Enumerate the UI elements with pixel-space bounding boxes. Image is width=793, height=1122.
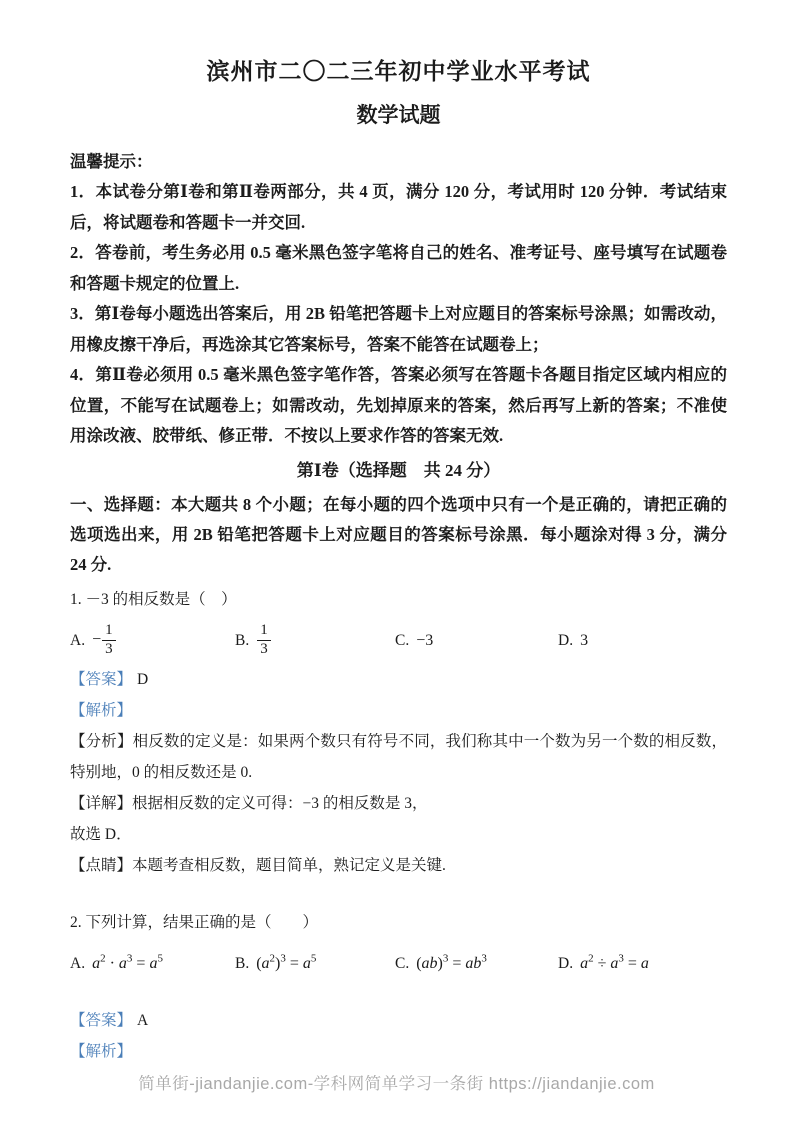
- question1-option-c: C. −3: [395, 632, 558, 650]
- option-label: D.: [558, 955, 573, 973]
- question1-answer-line: 【答案】D: [70, 664, 727, 695]
- footer-watermark: 简单街-jiandanjie.com-学科网简单学习一条街 https://ji…: [138, 1075, 655, 1093]
- question1-note: 【点睛】本题考查相反数，题目简单，熟记定义是关键.: [70, 850, 727, 881]
- notice-item-1: 1．本试卷分第Ⅰ卷和第Ⅱ卷两部分，共 4 页，满分 120 分，考试用时 120…: [70, 177, 727, 238]
- option-label: C.: [395, 955, 409, 973]
- question2-options: A. a2 · a3 = a5 B. (a2)3 = a5 C. (ab)3 =…: [70, 943, 727, 985]
- question1-conclusion: 故选 D．: [70, 819, 727, 850]
- notice-item-2: 2．答卷前，考生务必用 0.5 毫米黑色签字笔将自己的姓名、准考证号、座号填写在…: [70, 238, 727, 299]
- answer-tag: 【答案】: [70, 1012, 132, 1029]
- question1-analysis-tag-line: 【解析】: [70, 695, 727, 726]
- section-heading: 第Ⅰ卷（选择题 共 24 分）: [70, 456, 727, 486]
- option-formula: (a2)3 = a5: [256, 955, 316, 973]
- option-formula: a2 · a3 = a5: [92, 955, 163, 973]
- option-formula: (ab)3 = ab3: [416, 955, 487, 973]
- option-formula: −13: [92, 623, 117, 658]
- question1-option-d: D. 3: [558, 632, 727, 650]
- answer-value: A: [137, 1012, 148, 1029]
- question2-option-b: B. (a2)3 = a5: [235, 955, 395, 973]
- page-title: 滨州市二〇二三年初中学业水平考试: [70, 56, 727, 88]
- option-label: A.: [70, 955, 85, 973]
- question2-option-a: A. a2 · a3 = a5: [70, 955, 235, 973]
- notice-item-3: 3．第Ⅰ卷每小题选出答案后，用 2B 铅笔把答题卡上对应题目的答案标号涂黑；如需…: [70, 299, 727, 360]
- answer-tag: 【答案】: [70, 671, 132, 688]
- section-intro: 一、选择题：本大题共 8 个小题；在每小题的四个选项中只有一个是正确的，请把正确…: [70, 490, 727, 580]
- option-label: B.: [235, 632, 249, 650]
- question1-stem: 1. －3 的相反数是（ ）: [70, 588, 727, 612]
- option-formula: 3: [580, 632, 588, 650]
- question2-answer-line: 【答案】A: [70, 1005, 727, 1036]
- page-footer: 简单街-jiandanjie.com-学科网简单学习一条街 https://ji…: [0, 1070, 793, 1094]
- option-formula: a2 ÷ a3 = a: [580, 955, 649, 973]
- question1-detail: 【详解】根据相反数的定义可得：−3 的相反数是 3，: [70, 788, 727, 819]
- exam-document-page: 滨州市二〇二三年初中学业水平考试 数学试题 温馨提示： 1．本试卷分第Ⅰ卷和第Ⅱ…: [0, 0, 793, 1122]
- question1-option-b: B. 13: [235, 623, 395, 658]
- option-label: B.: [235, 955, 249, 973]
- question2-option-c: C. (ab)3 = ab3: [395, 955, 558, 973]
- option-label: C.: [395, 632, 409, 650]
- page-subtitle: 数学试题: [70, 101, 727, 130]
- analysis-tag: 【解析】: [70, 1043, 132, 1060]
- question2-option-d: D. a2 ÷ a3 = a: [558, 955, 727, 973]
- answer-value: D: [137, 671, 148, 688]
- analysis-tag: 【解析】: [70, 702, 132, 719]
- notice-item-4: 4．第Ⅱ卷必须用 0.5 毫米黑色签字笔作答，答案必须写在答题卡各题目指定区域内…: [70, 360, 727, 452]
- question1-option-a: A. −13: [70, 623, 235, 658]
- question2-stem: 2. 下列计算，结果正确的是（ ）: [70, 911, 727, 935]
- option-formula: −3: [416, 632, 433, 650]
- question2-analysis-tag-line: 【解析】: [70, 1036, 727, 1067]
- option-formula: 13: [256, 623, 272, 658]
- option-label: A.: [70, 632, 85, 650]
- question1-analysis: 【分析】相反数的定义是：如果两个数只有符号不同，我们称其中一个数为另一个数的相反…: [70, 726, 727, 788]
- notice-heading: 温馨提示：: [70, 147, 727, 177]
- question1-options: A. −13 B. 13 C. −3 D. 3: [70, 618, 727, 664]
- option-label: D.: [558, 632, 573, 650]
